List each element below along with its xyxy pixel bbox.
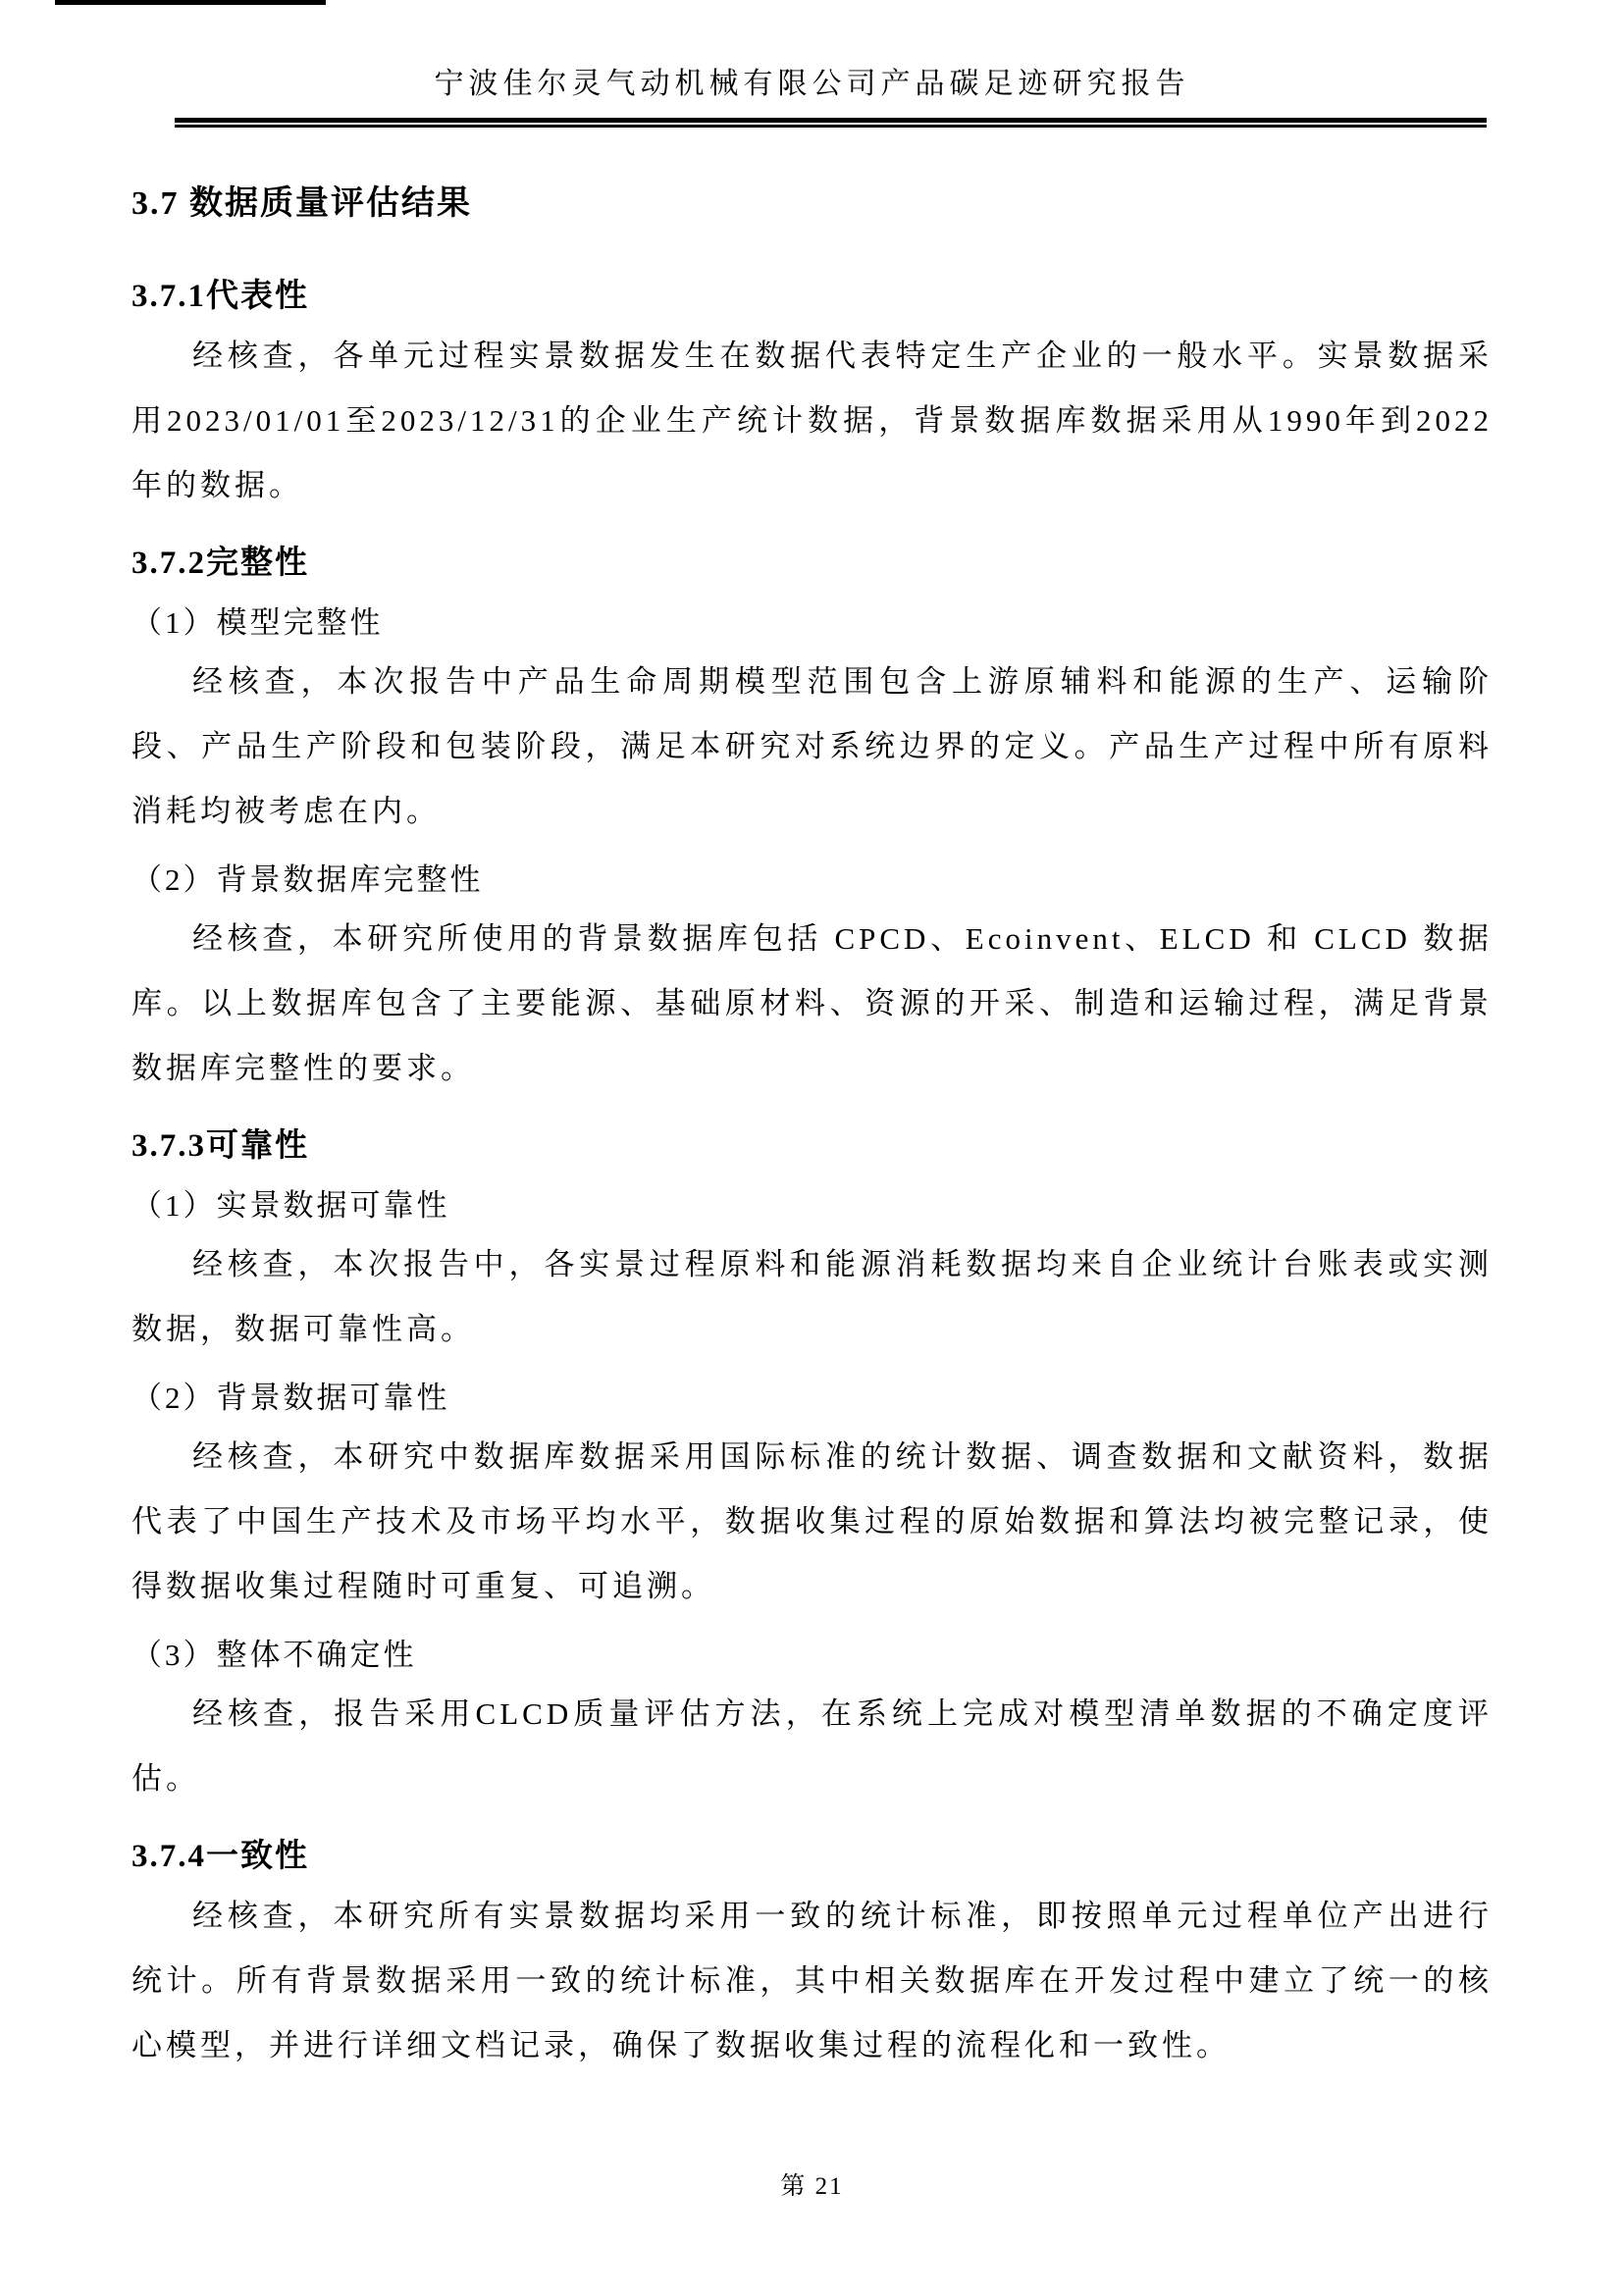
page-content: 宁波佳尔灵气动机械有限公司产品碳足迹研究报告 3.7 数据质量评估结果 3.7.… [0, 65, 1624, 2078]
body-paragraph: 经核查，本研究中数据库数据采用国际标准的统计数据、调查数据和文献资料，数据代表了… [131, 1425, 1493, 1619]
subsection-heading-3-7-3: 3.7.3可靠性 [131, 1122, 1493, 1170]
body-paragraph: 经核查，本次报告中产品生命周期模型范围包含上游原辅料和能源的生产、运输阶段、产品… [131, 650, 1493, 844]
header-double-rule [175, 118, 1487, 128]
numbered-item: （1）实景数据可靠性 [131, 1183, 1493, 1228]
numbered-item: （2）背景数据可靠性 [131, 1376, 1493, 1421]
subsection-heading-3-7-2: 3.7.2完整性 [131, 540, 1493, 587]
scan-artifact-line [55, 0, 326, 5]
body-paragraph: 经核查，报告采用CLCD质量评估方法，在系统上完成对模型清单数据的不确定度评估。 [131, 1682, 1493, 1811]
body-paragraph: 经核查，各单元过程实景数据发生在数据代表特定生产企业的一般水平。实景数据采用20… [131, 324, 1493, 518]
body-paragraph: 经核查，本研究所使用的背景数据库包括 CPCD、Ecoinvent、ELCD 和… [131, 907, 1493, 1101]
numbered-item: （1）模型完整性 [131, 600, 1493, 646]
subsection-heading-3-7-4: 3.7.4一致性 [131, 1833, 1493, 1880]
page-footer: 第 21 [0, 2166, 1624, 2202]
numbered-item: （3）整体不确定性 [131, 1633, 1493, 1678]
body-paragraph: 经核查，本研究所有实景数据均采用一致的统计标准，即按照单元过程单位产出进行统计。… [131, 1884, 1493, 2078]
subsection-heading-3-7-1: 3.7.1代表性 [131, 273, 1493, 320]
report-header-title: 宁波佳尔灵气动机械有限公司产品碳足迹研究报告 [131, 65, 1493, 104]
section-heading-3-7: 3.7 数据质量评估结果 [131, 181, 1493, 228]
document-page: 宁波佳尔灵气动机械有限公司产品碳足迹研究报告 3.7 数据质量评估结果 3.7.… [0, 0, 1624, 2295]
numbered-item: （2）背景数据库完整性 [131, 858, 1493, 903]
body-paragraph: 经核查，本次报告中，各实景过程原料和能源消耗数据均来自企业统计台账表或实测数据，… [131, 1232, 1493, 1362]
